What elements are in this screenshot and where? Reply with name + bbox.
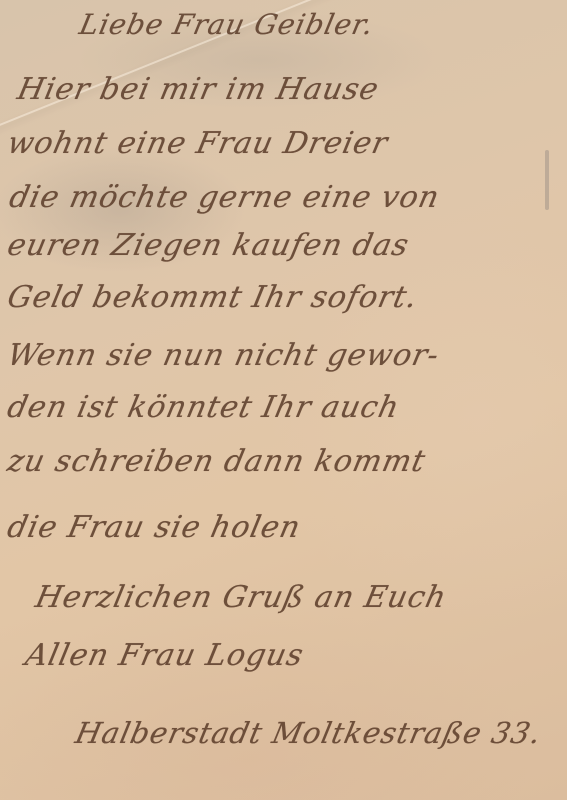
sender-address: Halberstadt Moltkestraße 33. [72,716,544,750]
ink-stain [545,150,549,210]
body-line-5: Geld bekommt Ihr sofort. [4,280,421,315]
body-line-7: den ist könntet Ihr auch [4,390,403,425]
closing-line-1: Herzlichen Gruß an Euch [32,580,450,615]
body-line-8: zu schreiben dann kommt [4,444,429,479]
letter-paper: Liebe Frau Geibler. Hier bei mir im Haus… [0,0,567,800]
body-line-4: euren Ziegen kaufen das [4,228,412,263]
body-line-2: wohnt eine Frau Dreier [4,126,391,161]
body-line-6: Wenn sie nun nicht gewor- [4,338,442,373]
salutation: Liebe Frau Geibler. [76,8,377,41]
body-line-9: die Frau sie holen [4,510,304,545]
closing-line-2: Allen Frau Logus [22,638,307,673]
body-line-1: Hier bei mir im Hause [14,72,382,107]
body-line-3: die möchte gerne eine von [6,180,443,215]
